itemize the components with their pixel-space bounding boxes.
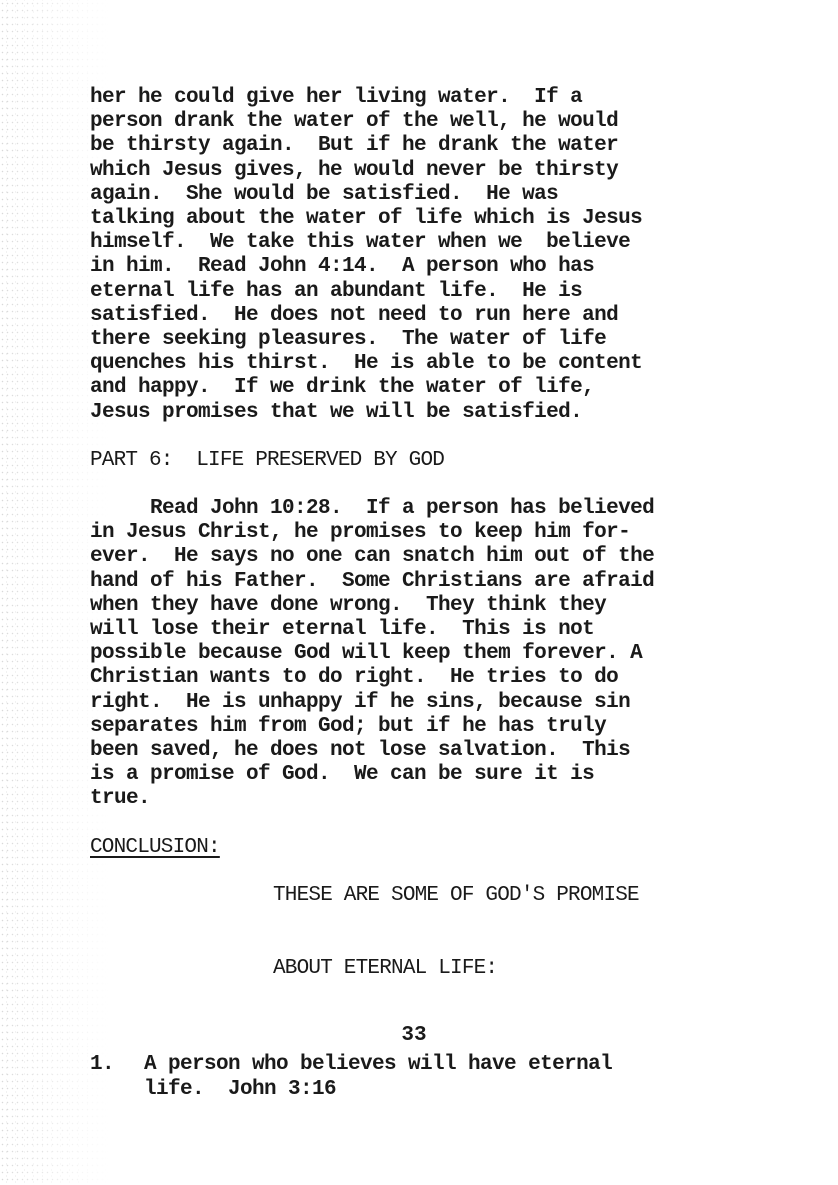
text-line: quenches his thirst. He is able to be co…	[90, 352, 780, 376]
text-line: right. He is unhappy if he sins, because…	[90, 691, 780, 715]
section-heading: PART 6: LIFE PRESERVED BY GOD	[90, 449, 780, 473]
text-line: is a promise of God. We can be sure it i…	[90, 763, 780, 787]
text-line: Read John 10:28. If a person has believe…	[90, 497, 780, 521]
document-page: her he could give her living water. If a…	[90, 86, 780, 1102]
text-line: and happy. If we drink the water of life…	[90, 376, 780, 400]
text-line: himself. We take this water when we beli…	[90, 231, 780, 255]
page-number: 33	[0, 1024, 838, 1047]
text-line: which Jesus gives, he would never be thi…	[90, 159, 780, 183]
list-number: 1.	[90, 1053, 144, 1101]
text-line: be thirsty again. But if he drank the wa…	[90, 134, 780, 158]
paragraph-life-preserved: Read John 10:28. If a person has believe…	[90, 497, 780, 812]
text-line: there seeking pleasures. The water of li…	[90, 328, 780, 352]
text-line: ever. He says no one can snatch him out …	[90, 545, 780, 569]
text-line: true.	[90, 787, 780, 811]
text-line: been saved, he does not lose salvation. …	[90, 739, 780, 763]
text-line: hand of his Father. Some Christians are …	[90, 570, 780, 594]
paragraph-water-of-life: her he could give her living water. If a…	[90, 86, 780, 425]
text-line: her he could give her living water. If a	[90, 86, 780, 110]
text-line: will lose their eternal life. This is no…	[90, 618, 780, 642]
text-line: in Jesus Christ, he promises to keep him…	[90, 521, 780, 545]
text-line: separates him from God; but if he has tr…	[90, 715, 780, 739]
conclusion-block: CONCLUSION: THESE ARE SOME OF GOD'S PROM…	[90, 836, 780, 1030]
text-line: A person who believes will have eternal	[144, 1053, 612, 1077]
text-line: again. She would be satisfied. He was	[90, 183, 780, 207]
list-item: 1. A person who believes will have etern…	[90, 1053, 780, 1101]
text-line: THESE ARE SOME OF GOD'S PROMISE	[273, 884, 639, 908]
text-line: ABOUT ETERNAL LIFE:	[273, 957, 639, 981]
spacer	[90, 812, 780, 836]
text-line: Jesus promises that we will be satisfied…	[90, 401, 780, 425]
spacer	[90, 473, 780, 497]
list-text: A person who believes will have eternal …	[144, 1053, 612, 1101]
text-line: life. John 3:16	[144, 1078, 612, 1102]
text-line: when they have done wrong. They think th…	[90, 594, 780, 618]
text-line: Christian wants to do right. He tries to…	[90, 666, 780, 690]
text-line: in him. Read John 4:14. A person who has	[90, 255, 780, 279]
conclusion-label: CONCLUSION:	[90, 836, 273, 1030]
text-line: possible because God will keep them fore…	[90, 642, 780, 666]
text-line: satisfied. He does not need to run here …	[90, 304, 780, 328]
text-line: eternal life has an abundant life. He is	[90, 280, 780, 304]
spacer	[90, 425, 780, 449]
text-line: person drank the water of the well, he w…	[90, 110, 780, 134]
text-line: talking about the water of life which is…	[90, 207, 780, 231]
conclusion-text: THESE ARE SOME OF GOD'S PROMISE ABOUT ET…	[273, 836, 639, 1030]
